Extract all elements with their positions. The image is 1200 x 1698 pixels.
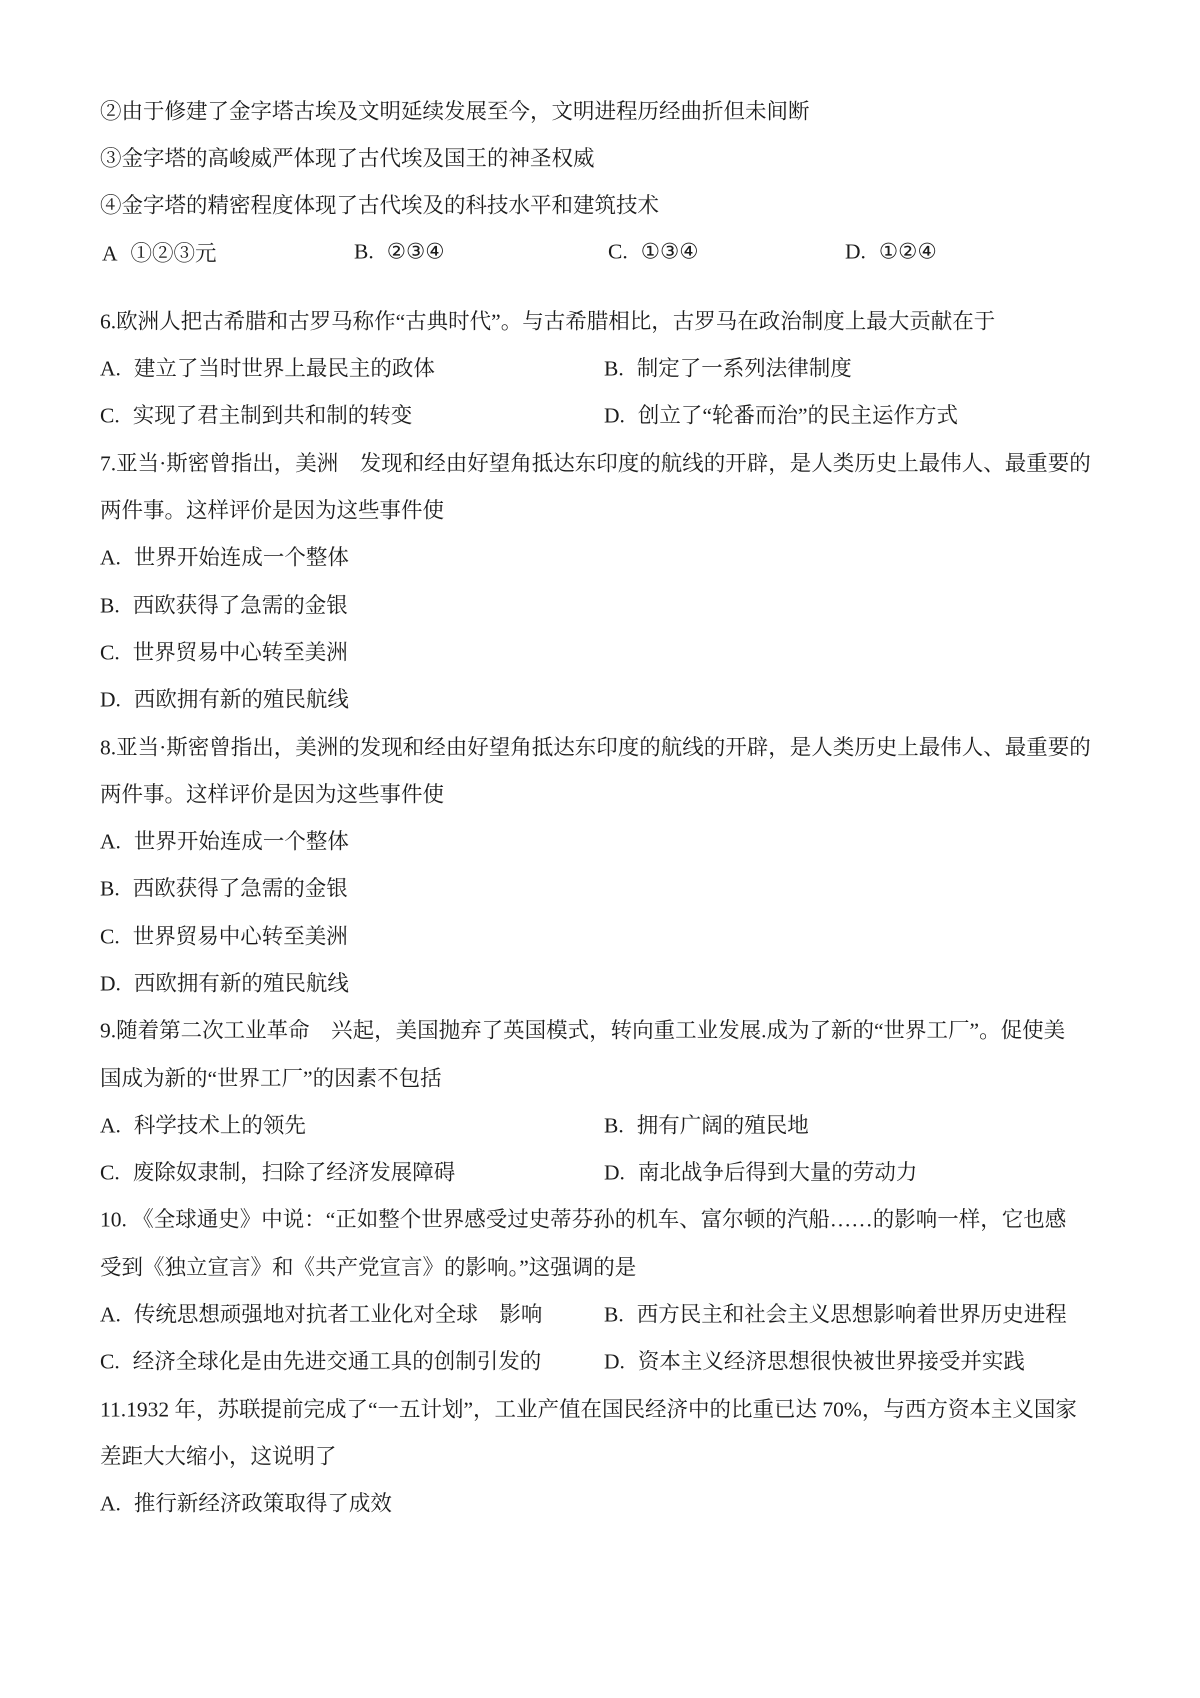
option-label: A. xyxy=(100,1303,121,1328)
q5-statement-4: ④金字塔的精密程度体现了古代埃及的科技水平和建筑技术 xyxy=(100,181,1110,228)
q11-stem-line1: 11.1932 年，苏联提前完成了“一五计划”，工业产值在国民经济中的比重已达 … xyxy=(100,1384,1110,1431)
option-text: ②③④ xyxy=(387,239,445,263)
option-text: 西方民主和社会主义思想影响着世界历史进程 xyxy=(637,1303,1067,1327)
q7-stem-line1: 7.亚当·斯密曾指出，美洲 发现和经由好望角抵达东印度的航线的开辟，是人类历史上… xyxy=(100,438,1110,485)
q9-option-d: D.南北战争后得到大量的劳动力 xyxy=(604,1156,917,1187)
option-text: 废除奴隶制，扫除了经济发展障碍 xyxy=(133,1161,456,1185)
statement-text: ②由于修建了金字塔古埃及文明延续发展至今，文明进程历经曲折但未间断 xyxy=(100,94,810,125)
exam-page: ②由于修建了金字塔古埃及文明延续发展至今，文明进程历经曲折但未间断 ③金字塔的高… xyxy=(0,0,1200,1698)
q10-stem-line1: 10. 《全球通史》中说：“正如整个世界感受过史蒂芬孙的机车、富尔顿的汽船……的… xyxy=(100,1195,1110,1242)
option-text: 传统思想顽强地对抗者工业化对全球 影响 xyxy=(134,1303,543,1327)
q5-statement-3: ③金字塔的高峻威严体现了古代埃及国王的神圣权威 xyxy=(100,133,1110,180)
q10-stem-line2: 受到《独立宣言》和《共产党宣言》的影响。”这强调的是 xyxy=(100,1242,1110,1289)
option-label: D. xyxy=(100,688,121,713)
option-label: A. xyxy=(100,1113,121,1138)
q7-option-b: B.西欧获得了急需的金银 xyxy=(100,580,1110,627)
option-label: C. xyxy=(100,1350,120,1375)
question-stem-text: 6.欧洲人把古希腊和古罗马称作“古典时代”。与古希腊相比，古罗马在政治制度上最大… xyxy=(100,304,995,335)
q6-option-b: B.制定了一系列法律制度 xyxy=(604,352,852,383)
q10-option-a: A.传统思想顽强地对抗者工业化对全球 影响 xyxy=(100,1298,542,1329)
option-label: A xyxy=(102,241,118,266)
option-text: 世界贸易中心转至美洲 xyxy=(133,640,348,664)
q9-options-row-2: C.废除奴隶制，扫除了经济发展障碍 D.南北战争后得到大量的劳动力 xyxy=(100,1148,1110,1195)
statement-text: ④金字塔的精密程度体现了古代埃及的科技水平和建筑技术 xyxy=(100,189,659,220)
option-text: 西欧拥有新的殖民航线 xyxy=(134,971,349,995)
option-text: 创立了“轮番而治”的民主运作方式 xyxy=(638,404,958,428)
option-text: ①②③元 xyxy=(131,241,217,265)
option-text: 西欧获得了急需的金银 xyxy=(133,593,348,617)
q10-option-b: B.西方民主和社会主义思想影响着世界历史进程 xyxy=(604,1298,1067,1329)
option-label: B. xyxy=(100,593,120,618)
q10-options-row-2: C.经济全球化是由先进交通工具的创制引发的 D.资本主义经济思想很快被世界接受并… xyxy=(100,1337,1110,1384)
option-label: D. xyxy=(845,239,866,264)
option-label: A. xyxy=(100,1492,121,1517)
q9-option-c: C.废除奴隶制，扫除了经济发展障碍 xyxy=(100,1156,455,1187)
option-label: D. xyxy=(604,1161,625,1186)
option-label: A. xyxy=(100,357,121,382)
q10-options-row-1: A.传统思想顽强地对抗者工业化对全球 影响 B.西方民主和社会主义思想影响着世界… xyxy=(100,1289,1110,1336)
q8-stem-line2: 两件事。这样评价是因为这些事件使 xyxy=(100,769,1110,816)
question-stem-text: 7.亚当·斯密曾指出，美洲 发现和经由好望角抵达东印度的航线的开辟，是人类历史上… xyxy=(100,446,1091,477)
option-label: B. xyxy=(604,1113,624,1138)
exam-content: ②由于修建了金字塔古埃及文明延续发展至今，文明进程历经曲折但未间断 ③金字塔的高… xyxy=(100,86,1110,1526)
question-stem-text: 11.1932 年，苏联提前完成了“一五计划”，工业产值在国民经济中的比重已达 … xyxy=(100,1392,1077,1423)
option-text: 资本主义经济思想很快被世界接受并实践 xyxy=(638,1350,1025,1374)
option-label: B. xyxy=(604,357,624,382)
option-label: D. xyxy=(100,971,121,996)
option-text: 实现了君主制到共和制的转变 xyxy=(133,404,413,428)
option-label: B. xyxy=(100,877,120,902)
question-stem-text: 差距大大缩小，这说明了 xyxy=(100,1439,337,1470)
q9-options-row-1: A.科学技术上的领先 B.拥有广阔的殖民地 xyxy=(100,1100,1110,1147)
q6-option-d: D.创立了“轮番而治”的民主运作方式 xyxy=(604,399,958,430)
question-stem-text: 8.亚当·斯密曾指出，美洲的发现和经由好望角抵达东印度的航线的开辟，是人类历史上… xyxy=(100,730,1091,761)
option-text: 西欧获得了急需的金银 xyxy=(133,877,348,901)
q7-option-a: A.世界开始连成一个整体 xyxy=(100,533,1110,580)
option-text: 建立了当时世界上最民主的政体 xyxy=(134,357,435,381)
option-text: 科学技术上的领先 xyxy=(134,1113,306,1137)
q6-option-c: C.实现了君主制到共和制的转变 xyxy=(100,399,412,430)
q6-stem: 6.欧洲人把古希腊和古罗马称作“古典时代”。与古希腊相比，古罗马在政治制度上最大… xyxy=(100,296,1110,343)
q9-stem-line2: 国成为新的“世界工厂”的因素不包括 xyxy=(100,1053,1110,1100)
option-label: C. xyxy=(100,640,120,665)
q9-option-b: B.拥有广阔的殖民地 xyxy=(604,1108,809,1139)
question-stem-text: 两件事。这样评价是因为这些事件使 xyxy=(100,494,444,525)
q6-options-row-1: A.建立了当时世界上最民主的政体 B.制定了一系列法律制度 xyxy=(100,343,1110,390)
q5-option-b: B.②③④ xyxy=(354,239,445,264)
q5-option-a: A①②③元 xyxy=(102,236,217,267)
q5-options-row: A①②③元 B.②③④ C.①③④ D.①②④ xyxy=(100,228,1110,275)
q9-stem-line1: 9.随着第二次工业革命 兴起，美国抛弃了英国模式，转向重工业发展.成为了新的“世… xyxy=(100,1006,1110,1053)
option-label: C. xyxy=(100,404,120,429)
question-stem-text: 受到《独立宣言》和《共产党宣言》的影响。”这强调的是 xyxy=(100,1250,636,1281)
question-stem-text: 10. 《全球通史》中说：“正如整个世界感受过史蒂芬孙的机车、富尔顿的汽船……的… xyxy=(100,1203,1066,1234)
q10-option-d: D.资本主义经济思想很快被世界接受并实践 xyxy=(604,1345,1025,1376)
q9-option-a: A.科学技术上的领先 xyxy=(100,1108,306,1139)
option-text: 拥有广阔的殖民地 xyxy=(637,1113,809,1137)
q5-option-d: D.①②④ xyxy=(845,239,937,264)
option-text: 南北战争后得到大量的劳动力 xyxy=(638,1161,918,1185)
option-text: ①②④ xyxy=(879,239,937,263)
option-label: C. xyxy=(100,924,120,949)
q5-option-c: C.①③④ xyxy=(608,239,699,264)
option-label: B. xyxy=(354,239,374,264)
option-label: C. xyxy=(100,1161,120,1186)
q8-option-c: C.世界贸易中心转至美洲 xyxy=(100,911,1110,958)
option-label: B. xyxy=(604,1303,624,1328)
q7-option-d: D.西欧拥有新的殖民航线 xyxy=(100,675,1110,722)
question-stem-text: 9.随着第二次工业革命 兴起，美国抛弃了英国模式，转向重工业发展.成为了新的“世… xyxy=(100,1014,1065,1045)
option-label: D. xyxy=(604,1350,625,1375)
question-stem-text: 两件事。这样评价是因为这些事件使 xyxy=(100,777,444,808)
q7-stem-line2: 两件事。这样评价是因为这些事件使 xyxy=(100,485,1110,532)
q8-stem-line1: 8.亚当·斯密曾指出，美洲的发现和经由好望角抵达东印度的航线的开辟，是人类历史上… xyxy=(100,722,1110,769)
option-text: 世界开始连成一个整体 xyxy=(134,546,349,570)
option-label: C. xyxy=(608,239,628,264)
option-text: 世界开始连成一个整体 xyxy=(134,830,349,854)
option-text: 制定了一系列法律制度 xyxy=(637,357,852,381)
option-text: 经济全球化是由先进交通工具的创制引发的 xyxy=(133,1350,542,1374)
q8-option-a: A.世界开始连成一个整体 xyxy=(100,816,1110,863)
q7-option-c: C.世界贸易中心转至美洲 xyxy=(100,627,1110,674)
q10-option-c: C.经济全球化是由先进交通工具的创制引发的 xyxy=(100,1345,541,1376)
q6-options-row-2: C.实现了君主制到共和制的转变 D.创立了“轮番而治”的民主运作方式 xyxy=(100,391,1110,438)
q5-statement-2: ②由于修建了金字塔古埃及文明延续发展至今，文明进程历经曲折但未间断 xyxy=(100,86,1110,133)
option-text: 西欧拥有新的殖民航线 xyxy=(134,688,349,712)
q11-stem-line2: 差距大大缩小，这说明了 xyxy=(100,1431,1110,1478)
statement-text: ③金字塔的高峻威严体现了古代埃及国王的神圣权威 xyxy=(100,141,595,172)
q11-option-a: A.推行新经济政策取得了成效 xyxy=(100,1479,1110,1526)
q8-option-b: B.西欧获得了急需的金银 xyxy=(100,864,1110,911)
option-label: A. xyxy=(100,830,121,855)
q6-option-a: A.建立了当时世界上最民主的政体 xyxy=(100,352,435,383)
option-text: ①③④ xyxy=(641,239,699,263)
option-text: 推行新经济政策取得了成效 xyxy=(134,1492,392,1516)
option-label: A. xyxy=(100,546,121,571)
option-text: 世界贸易中心转至美洲 xyxy=(133,924,348,948)
option-label: D. xyxy=(604,404,625,429)
q8-option-d: D.西欧拥有新的殖民航线 xyxy=(100,958,1110,1005)
question-stem-text: 国成为新的“世界工厂”的因素不包括 xyxy=(100,1061,442,1092)
